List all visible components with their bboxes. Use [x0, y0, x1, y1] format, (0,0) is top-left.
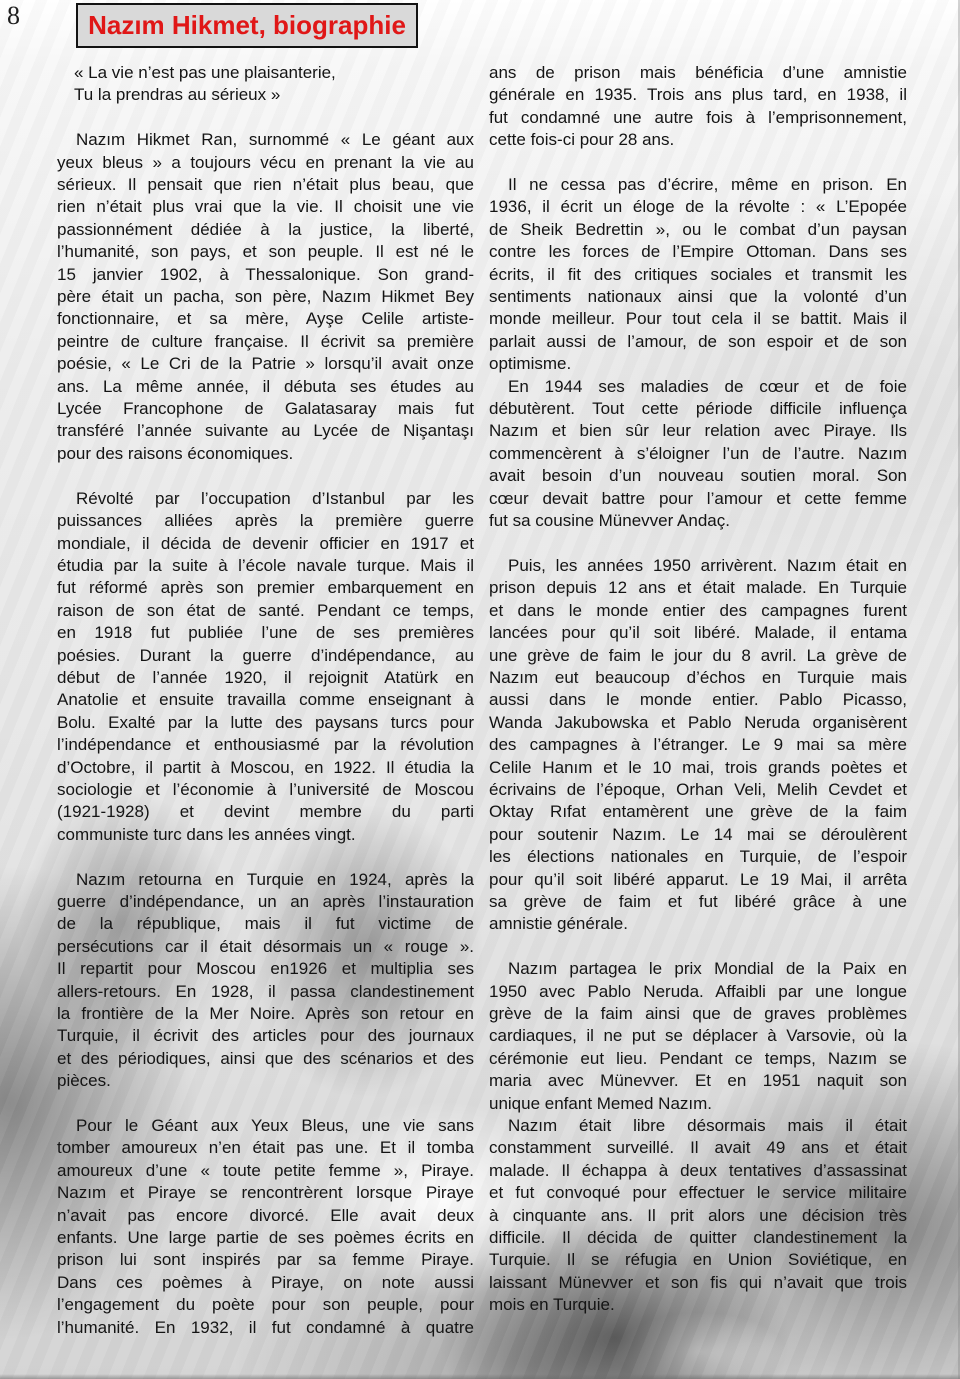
- text-line: des campagnes à l’étranger. Le 9 mai sa …: [489, 734, 907, 756]
- text-line: tomber amoureux n’en était pas une. Et i…: [57, 1137, 474, 1159]
- text-line: 1936, il écrit un éloge de la révolte : …: [489, 196, 907, 218]
- text-line: et des périodiques, ainsi que des scénar…: [57, 1048, 474, 1070]
- text-line: Il ne cessa pas d’écrire, même en prison…: [489, 174, 907, 196]
- epigraph-quote: « La vie n’est pas une plaisanterie,Tu l…: [57, 62, 474, 107]
- text-line: Turquie. Il se réfugia en Union Soviétiq…: [489, 1249, 907, 1271]
- paragraph: En 1944 ses maladies de cœur et de foied…: [489, 376, 907, 533]
- text-line: l’engagement du poète pour son peuple, p…: [57, 1294, 474, 1316]
- text-line: pour des raisons économiques.: [57, 443, 474, 465]
- text-line: Bolu. Exalté par la lutte des paysans tu…: [57, 712, 474, 734]
- text-line: transféré l’année suivante au Lycée de N…: [57, 420, 474, 442]
- text-line: Révolté par l’occupation d’Istanbul par …: [57, 488, 474, 510]
- text-line: malade. Il échappa à deux tentatives d’a…: [489, 1160, 907, 1182]
- page-bottom-edge: [0, 1374, 960, 1379]
- text-line: passionnément dédiée à la justice, la li…: [57, 219, 474, 241]
- text-line: Il repartit pour Moscou en1926 et multip…: [57, 958, 474, 980]
- text-line: Tu la prendras au sérieux »: [57, 84, 474, 106]
- text-line: Nazım et Piraye se rencontrèrent lorsque…: [57, 1182, 474, 1204]
- text-line: En 1944 ses maladies de cœur et de foie: [489, 376, 907, 398]
- page-title: Nazım Hikmet, biographie: [88, 10, 406, 41]
- title-banner: Nazım Hikmet, biographie: [76, 3, 418, 48]
- text-line: contre les forces de l’Empire Ottoman. D…: [489, 241, 907, 263]
- text-line: « La vie n’est pas une plaisanterie,: [57, 62, 474, 84]
- document-page: 8 Nazım Hikmet, biographie « La vie n’es…: [0, 0, 960, 1379]
- text-line: n’avait pas encore divorcé. Elle avait d…: [57, 1205, 474, 1227]
- text-line: persécutions car il était désormais un «…: [57, 936, 474, 958]
- text-line: pour soutenir Nazım. Le 14 mai se déroul…: [489, 824, 907, 846]
- text-line: poésie, « Le Cri de la Patrie » lorsqu’i…: [57, 353, 474, 375]
- text-line: d’Octobre, il partit à Moscou, en 1922. …: [57, 757, 474, 779]
- text-line: Dans ces poèmes à Piraye, on note aussi: [57, 1272, 474, 1294]
- text-line: Celile Hanım et le 10 mai, trois grands …: [489, 757, 907, 779]
- text-line: Nazım retourna en Turquie en 1924, après…: [57, 869, 474, 891]
- text-line: mondiale, il décida de devenir officier …: [57, 533, 474, 555]
- text-line: prison depuis 12 ans et était malade. En…: [489, 577, 907, 599]
- text-line: allers-retours. En 1928, il passa clande…: [57, 981, 474, 1003]
- text-line: l’indépendance et enthousiasmé par la ré…: [57, 734, 474, 756]
- text-line: monde meilleur. Pour tout cela il se bat…: [489, 308, 907, 330]
- text-line: étudia par la suite à l’école navale tur…: [57, 555, 474, 577]
- page-number: 8: [7, 1, 20, 31]
- text-line: Lycée Francophone de Galatasaray mais fu…: [57, 398, 474, 420]
- text-line: cœur devait battre pour l’amour et cette…: [489, 488, 907, 510]
- text-line: cette fois-ci pour 28 ans.: [489, 129, 907, 151]
- paragraph: ans de prison mais bénéficia d’une amnis…: [489, 62, 907, 152]
- text-line: unique enfant Memed Nazım.: [489, 1093, 907, 1115]
- paragraph: Pour le Géant aux Yeux Bleus, une vie sa…: [57, 1115, 474, 1339]
- text-line: avait besoin d’un nouveau soutien moral.…: [489, 465, 907, 487]
- text-line: générale en 1935. Trois ans plus tard, e…: [489, 84, 907, 106]
- text-line: écrits, il fit des critiques sociales et…: [489, 264, 907, 286]
- text-line: de la république, mais il fut victime de: [57, 913, 474, 935]
- text-line: Nazım eut beaucoup d’échos en Turquie ma…: [489, 667, 907, 689]
- text-line: fut réformé après son premier embarqueme…: [57, 577, 474, 599]
- paragraph: Il ne cessa pas d’écrire, même en prison…: [489, 174, 907, 376]
- paragraph: Nazım Hikmet Ran, surnommé « Le géant au…: [57, 129, 474, 465]
- text-line: Turquie, il écrivit des articles pour de…: [57, 1025, 474, 1047]
- text-line: Nazım Hikmet Ran, surnommé « Le géant au…: [57, 129, 474, 151]
- text-line: lancées pour qu’il soit libéré. Malade, …: [489, 622, 907, 644]
- text-line: fut condamné une autre fois à l’emprison…: [489, 107, 907, 129]
- text-line: peintre de culture française. Il écrivit…: [57, 331, 474, 353]
- text-line: sentiments nationaux ainsi que la volont…: [489, 286, 907, 308]
- text-line: ans de prison mais bénéficia d’une amnis…: [489, 62, 907, 84]
- text-line: aussi dans le monde entier. Pablo Picass…: [489, 689, 907, 711]
- text-line: début de l’année 1920, il rejoignit Atat…: [57, 667, 474, 689]
- text-line: la frontière de la Mer Noire. Après son …: [57, 1003, 474, 1025]
- text-column-left: « La vie n’est pas une plaisanterie,Tu l…: [57, 62, 474, 1339]
- text-line: communiste turc dans les années vingt.: [57, 824, 474, 846]
- text-line: puissances alliées après la première gue…: [57, 510, 474, 532]
- paragraph: Nazım retourna en Turquie en 1924, après…: [57, 869, 474, 1093]
- text-line: pièces.: [57, 1070, 474, 1092]
- text-line: l’humanité. En 1932, il fut condamné à q…: [57, 1317, 474, 1339]
- text-line: Nazım était libre désormais mais il étai…: [489, 1115, 907, 1137]
- text-line: raison de son état de santé. Pendant ce …: [57, 600, 474, 622]
- text-line: en 1918 fut publiée l’une de ses premièr…: [57, 622, 474, 644]
- text-line: Wanda Jakubowska et Pablo Neruda organis…: [489, 712, 907, 734]
- text-line: sérieux. Il pensait que rien n’était plu…: [57, 174, 474, 196]
- text-line: 1950 avec Pablo Neruda. Affaibli par une…: [489, 981, 907, 1003]
- text-line: écrivains de l’époque, Orhan Veli, Melih…: [489, 779, 907, 801]
- text-line: 15 janvier 1902, à Thessalonique. Son gr…: [57, 264, 474, 286]
- text-line: et dans le monde entier des campagnes fu…: [489, 600, 907, 622]
- text-line: parlait aussi de l’amour, de son espoir …: [489, 331, 907, 353]
- text-line: laissant Münevver et son fis qui n’avait…: [489, 1272, 907, 1294]
- text-line: pour qu’il soit libéré apparut. Le 19 Ma…: [489, 869, 907, 891]
- text-line: constamment surveillé. Il avait 49 ans e…: [489, 1137, 907, 1159]
- text-line: amnistie générale.: [489, 913, 907, 935]
- text-line: cérémonie eut lieu. Pendant ce temps, Na…: [489, 1048, 907, 1070]
- text-line: cardiaques, il ne put se déplacer à Vars…: [489, 1025, 907, 1047]
- text-line: débutèrent. Tout cette période difficile…: [489, 398, 907, 420]
- text-line: et fut convoqué pour effectuer le servic…: [489, 1182, 907, 1204]
- text-line: maria avec Münevver. Et en 1951 naquit s…: [489, 1070, 907, 1092]
- text-line: Pour le Géant aux Yeux Bleus, une vie sa…: [57, 1115, 474, 1137]
- text-line: amoureux d’une « toute petite femme », P…: [57, 1160, 474, 1182]
- text-line: enfants. Une large partie de ses poèmes …: [57, 1227, 474, 1249]
- text-line: yeux bleus » a toujours vécu en prenant …: [57, 152, 474, 174]
- text-line: (1921-1928) et devint membre du parti: [57, 801, 474, 823]
- text-line: fonctionnaire, et sa mère, Ayşe Celile a…: [57, 308, 474, 330]
- text-line: optimisme.: [489, 353, 907, 375]
- text-line: de Sheik Bedrettin », ou le combat d’un …: [489, 219, 907, 241]
- text-line: guerre d’indépendance, un an après l’ins…: [57, 891, 474, 913]
- text-line: à cinquante ans. Il prit alors une décis…: [489, 1205, 907, 1227]
- paragraph: Nazım était libre désormais mais il étai…: [489, 1115, 907, 1317]
- text-line: commencèrent à s’éloigner l’un de l’autr…: [489, 443, 907, 465]
- text-column-right: ans de prison mais bénéficia d’une amnis…: [489, 62, 907, 1317]
- paragraph: Nazım partagea le prix Mondial de la Pai…: [489, 958, 907, 1115]
- text-line: ans. La même année, il débuta ses études…: [57, 376, 474, 398]
- text-line: les élections nationales en Turquie, de …: [489, 846, 907, 868]
- text-line: sociologie et l’économie à l’université …: [57, 779, 474, 801]
- text-line: Nazım partagea le prix Mondial de la Pai…: [489, 958, 907, 980]
- text-line: rien n’était plus vrai que la vie. Il ch…: [57, 196, 474, 218]
- text-line: mois en Turquie.: [489, 1294, 907, 1316]
- text-line: père était un pacha, son père, Nazım Hik…: [57, 286, 474, 308]
- paragraph: Révolté par l’occupation d’Istanbul par …: [57, 488, 474, 847]
- text-line: Anatolie et ensuite travailla comme ense…: [57, 689, 474, 711]
- text-line: difficile. Il décida de quitter clandest…: [489, 1227, 907, 1249]
- text-line: fut sa cousine Münevver Andaç.: [489, 510, 907, 532]
- text-line: Puis, les années 1950 arrivèrent. Nazım …: [489, 555, 907, 577]
- paragraph: Puis, les années 1950 arrivèrent. Nazım …: [489, 555, 907, 936]
- text-line: une grève de faim le jour du 8 avril. La…: [489, 645, 907, 667]
- text-line: poésies. Durant la guerre d’indépendance…: [57, 645, 474, 667]
- text-line: Oktay Rıfat entamèrent une grève de la f…: [489, 801, 907, 823]
- text-line: Nazım et bien sûr leur relation avec Pir…: [489, 420, 907, 442]
- text-line: grève de la faim ainsi que de graves pro…: [489, 1003, 907, 1025]
- text-line: l’humanité, son pays, et son peuple. Il …: [57, 241, 474, 263]
- text-line: sa grève de faim et fut libéré grâce à u…: [489, 891, 907, 913]
- text-line: prison lui sont inspirés par sa femme Pi…: [57, 1249, 474, 1271]
